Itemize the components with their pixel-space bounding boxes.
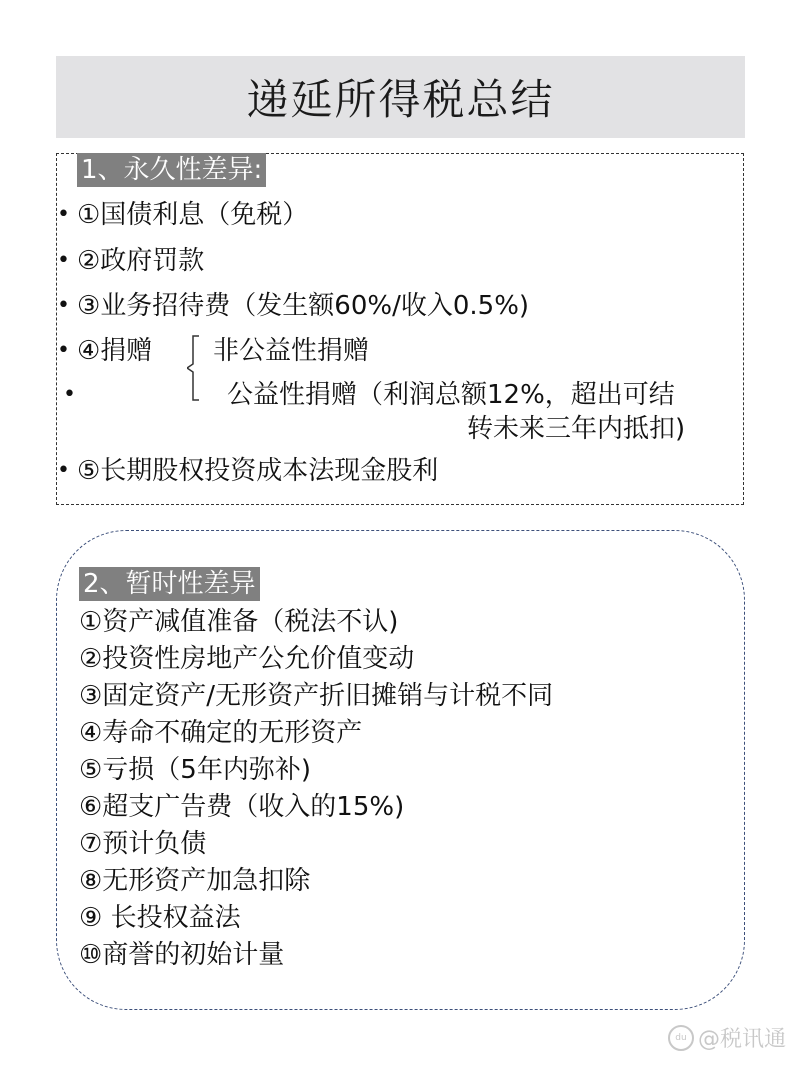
bullet-icon: •	[57, 454, 70, 488]
permanent-differences-box: 1、永久性差异: • ①国债利息（免税） • ②政府罚款 • ③业务招待费（发生…	[56, 153, 744, 505]
baidu-paw-icon: du	[668, 1025, 694, 1051]
list-item: ①国债利息（免税）	[77, 198, 308, 232]
list-item: ②投资性房地产公允价值变动	[79, 642, 414, 676]
section-heading-permanent: 1、永久性差异:	[77, 153, 266, 187]
bullet-icon: •	[57, 289, 70, 323]
donation-sub-item-cont: 转未来三年内抵扣)	[467, 412, 685, 446]
bullet-icon: •	[57, 198, 70, 232]
list-item: ⑩商誉的初始计量	[79, 938, 284, 972]
page-title: 递延所得税总结	[246, 67, 554, 127]
title-bar: 递延所得税总结	[56, 56, 745, 138]
list-item: ⑥超支广告费（收入的15%)	[79, 790, 404, 824]
list-item: ⑦预计负债	[79, 827, 206, 861]
list-item: ①资产减值准备（税法不认)	[79, 605, 398, 639]
bullet-icon: •	[57, 244, 70, 278]
bullet-icon: •	[57, 334, 70, 368]
temporary-differences-box: 2、暂时性差异 ①资产减值准备（税法不认) ②投资性房地产公允价值变动 ③固定资…	[56, 530, 745, 1010]
brace-icon	[187, 334, 201, 402]
donation-sub-item: 公益性捐赠（利润总额12%，超出可结	[227, 378, 675, 412]
list-item: ⑤长期股权投资成本法现金股利	[77, 454, 438, 488]
list-item: ④寿命不确定的无形资产	[79, 716, 362, 750]
list-item: ⑤亏损（5年内弥补)	[79, 753, 311, 787]
section-heading-temporary: 2、暂时性差异	[79, 567, 260, 601]
list-item: ⑧无形资产加急扣除	[79, 864, 310, 898]
list-item: ④捐赠	[77, 334, 152, 368]
list-item: ②政府罚款	[77, 244, 204, 278]
list-item: ③业务招待费（发生额60%/收入0.5%)	[77, 289, 529, 323]
watermark: du @税讯通	[668, 1022, 786, 1053]
bullet-icon: •	[63, 378, 76, 412]
list-item: ⑨ 长投权益法	[79, 901, 241, 935]
list-item: ③固定资产/无形资产折旧摊销与计税不同	[79, 679, 553, 713]
watermark-text: @税讯通	[698, 1022, 786, 1053]
donation-sub-item: 非公益性捐赠	[213, 334, 369, 368]
